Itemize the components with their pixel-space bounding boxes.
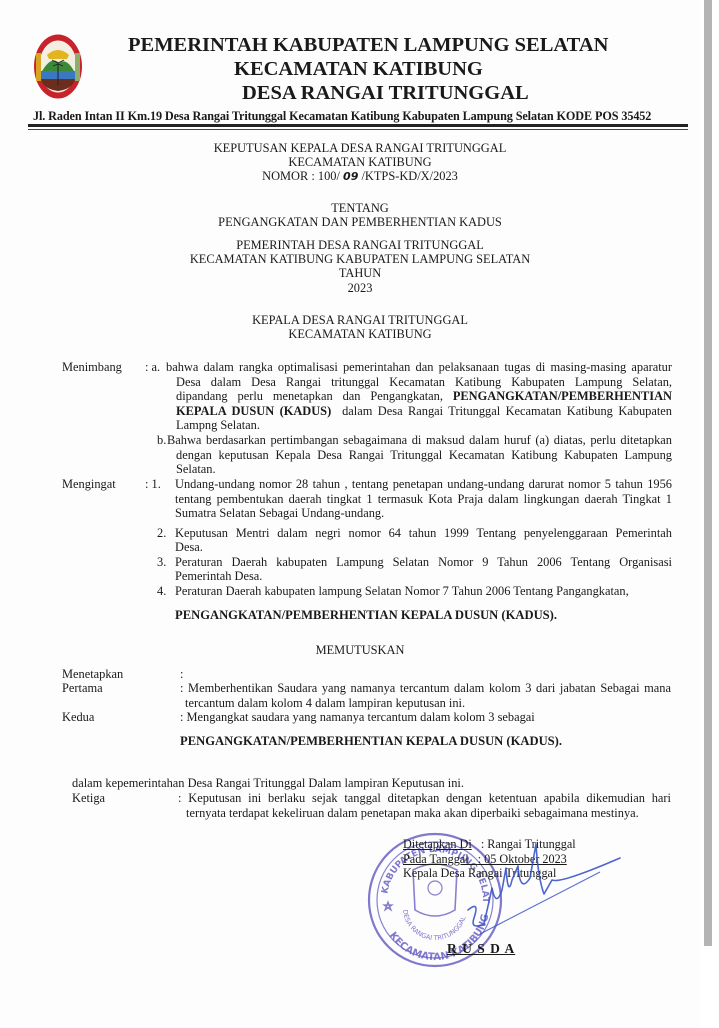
- letterhead-line2: KECAMATAN KATIBUNG: [234, 58, 483, 81]
- mengingat-bullet: 3.: [157, 555, 166, 570]
- text-span: dipandang perlu menetapkan dan Pengangka…: [176, 389, 443, 403]
- pertama-text-cont: tercantum dalam kolom 4 dalam lampiran k…: [185, 696, 465, 711]
- text-span: dalam Desa Rangai Tritunggal Kecamatan K…: [342, 404, 672, 418]
- bold-span: KEPALA DUSUN (KADUS): [176, 404, 331, 418]
- text-line: dipandang perlu menetapkan dan Pengangka…: [176, 389, 672, 404]
- mengingat-bullet: 2.: [157, 526, 166, 541]
- text-line: : Keputusan ini berlaku sejak tanggal di…: [178, 791, 671, 806]
- menetapkan-value: :: [180, 667, 183, 682]
- kedua-text: : Mengangkat saudara yang namanya tercan…: [180, 710, 535, 725]
- text-line: Pemerintah Desa.: [175, 569, 672, 584]
- text-line: KEPALA DUSUN (KADUS) dalam Desa Rangai T…: [176, 404, 672, 419]
- mengingat-label: Mengingat: [62, 477, 116, 492]
- text-line: Selatan.: [176, 462, 672, 477]
- document-page: PEMERINTAH KABUPATEN LAMPUNG SELATAN KEC…: [0, 0, 700, 1028]
- text-line: bahwa dalam rangka optimalisasi pemerint…: [166, 360, 672, 375]
- letterhead-address: Jl. Raden Intan II Km.19 Desa Rangai Tri…: [33, 109, 651, 124]
- letterhead-line3: DESA RANGAI TRITUNGGAL: [242, 82, 529, 105]
- text-line: Peraturan Daerah kabupaten lampung Selat…: [175, 584, 672, 599]
- lampung-selatan-emblem-icon: [33, 33, 83, 100]
- letterhead-line1: PEMERINTAH KABUPATEN LAMPUNG SELATAN: [128, 34, 608, 57]
- text-line: Desa.: [175, 540, 672, 555]
- pertama-label: Pertama: [62, 681, 103, 696]
- mengingat-item: Keputusan Mentri dalam negri nomor 64 ta…: [175, 526, 672, 555]
- text-line: Undang-undang nomor 28 tahun , tentang p…: [175, 477, 672, 492]
- text-line: Desa dalam Desa Rangai tritunggal Kecama…: [176, 375, 672, 390]
- title-line2: KECAMATAN KATIBUNG: [120, 155, 600, 169]
- mengingat-item: Peraturan Daerah kabupaten lampung Selat…: [175, 584, 672, 599]
- tahun-label: TAHUN: [120, 266, 600, 280]
- text-line: Bahwa berdasarkan pertimbangan sebagaima…: [167, 433, 672, 448]
- text-line: Peraturan Daerah kabupaten Lampung Selat…: [175, 555, 672, 570]
- ketiga-text-cont: ternyata terdapat kekeliruan dalam penet…: [186, 806, 639, 821]
- subject: PENGANGKATAN DAN PEMBERHENTIAN KADUS: [120, 215, 600, 229]
- pertama-text: : Memberhentikan Saudara yang namanya te…: [180, 681, 671, 696]
- text-line: Lampng Selatan.: [176, 418, 672, 433]
- mengingat-bold-line: PENGANGKATAN/PEMBERHENTIAN KEPALA DUSUN …: [175, 608, 557, 623]
- title-line1: KEPUTUSAN KEPALA DESA RANGAI TRITUNGGAL: [120, 141, 600, 155]
- kedua-label: Kedua: [62, 710, 94, 725]
- nomor-line: NOMOR : 100/ 09 /KTPS-KD/X/2023: [120, 169, 600, 184]
- mengingat-item: Peraturan Daerah kabupaten Lampung Selat…: [175, 555, 672, 584]
- text-line: dengan keputusan Kepala Desa Rangai Trit…: [176, 448, 672, 463]
- ketiga-text: : Keputusan ini berlaku sejak tanggal di…: [178, 791, 671, 806]
- bold-span: PENGANGKATAN/PEMBERHENTIAN: [453, 389, 672, 403]
- menimbang-label: Menimbang: [62, 360, 122, 375]
- menimbang-b-bullet: b.: [157, 433, 166, 448]
- title-block: KEPUTUSAN KEPALA DESA RANGAI TRITUNGGAL …: [120, 141, 600, 185]
- gov-line2: KECAMATAN KATIBUNG KABUPATEN LAMPUNG SEL…: [120, 252, 600, 266]
- letterhead-rule: [28, 124, 688, 127]
- handwritten-signature-icon: [440, 838, 640, 948]
- kedua-bold-line: PENGANGKATAN/PEMBERHENTIAN KEPALA DUSUN …: [180, 734, 562, 749]
- nomor-handwritten: 09: [343, 170, 358, 183]
- signatory-name: R U S D A: [447, 941, 515, 957]
- menimbang-b-cont: dengan keputusan Kepala Desa Rangai Trit…: [176, 448, 672, 477]
- mengingat-item: Undang-undang nomor 28 tahun , tentang p…: [175, 477, 672, 521]
- kepala-line2: KECAMATAN KATIBUNG: [120, 327, 600, 341]
- menimbang-b: Bahwa berdasarkan pertimbangan sebagaima…: [167, 433, 672, 448]
- government-block: PEMERINTAH DESA RANGAI TRITUNGGAL KECAMA…: [120, 238, 600, 295]
- text-line: tentang pembentukan daerah tingkat 1 ter…: [175, 492, 672, 507]
- text-line: : Memberhentikan Saudara yang namanya te…: [180, 681, 671, 696]
- kepala-block: KEPALA DESA RANGAI TRITUNGGAL KECAMATAN …: [120, 313, 600, 341]
- tentang-label: TENTANG: [120, 201, 600, 215]
- menimbang-a-bullet: : a.: [145, 360, 160, 375]
- nomor-suffix: /KTPS-KD/X/2023: [361, 169, 457, 183]
- kepala-line1: KEPALA DESA RANGAI TRITUNGGAL: [120, 313, 600, 327]
- text-line: Sumatra Selatan Sebagai Undang-undang.: [175, 506, 672, 521]
- letterhead-rule-thin: [28, 129, 688, 130]
- nomor-prefix: NOMOR : 100/: [262, 169, 340, 183]
- menetapkan-label: Menetapkan: [62, 667, 123, 682]
- scan-edge-shadow: [704, 0, 712, 946]
- mengingat-bullet: 4.: [157, 584, 166, 599]
- kedua-continuation: dalam kepemerintahan Desa Rangai Tritung…: [72, 776, 464, 791]
- mengingat-bullet: : 1.: [145, 477, 161, 492]
- gov-line1: PEMERINTAH DESA RANGAI TRITUNGGAL: [120, 238, 600, 252]
- menimbang-a-cont: Desa dalam Desa Rangai tritunggal Kecama…: [176, 375, 672, 433]
- year: 2023: [120, 281, 600, 295]
- memutuskan-heading: MEMUTUSKAN: [120, 643, 600, 658]
- ketiga-label: Ketiga: [72, 791, 105, 806]
- text-line: Keputusan Mentri dalam negri nomor 64 ta…: [175, 526, 672, 541]
- menimbang-a: bahwa dalam rangka optimalisasi pemerint…: [166, 360, 672, 375]
- tentang-block: TENTANG PENGANGKATAN DAN PEMBERHENTIAN K…: [120, 201, 600, 229]
